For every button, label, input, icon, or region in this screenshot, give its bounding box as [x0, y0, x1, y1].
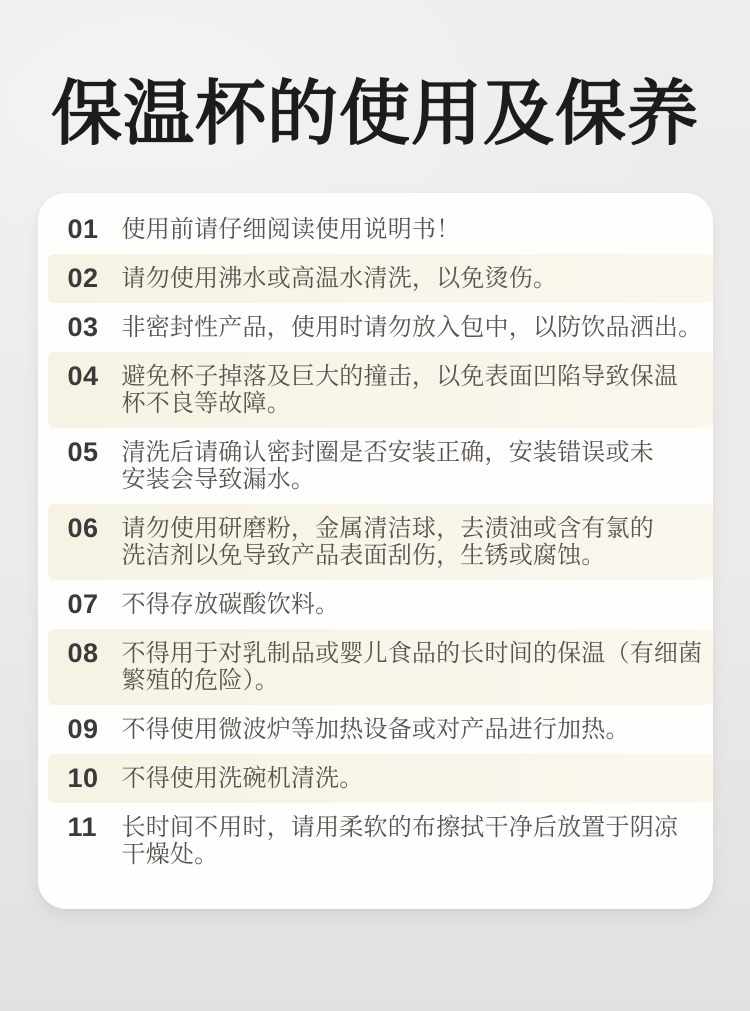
item-text: 非密封性产品，使用时请勿放入包中，以防饮品洒出。: [122, 314, 703, 341]
item-text: 避免杯子掉落及巨大的撞击，以免表面凹陷导致保温 杯不良等故障。: [122, 363, 703, 417]
item-text: 请勿使用研磨粉，金属清洁球，去渍油或含有氯的 洗洁剂以免导致产品表面刮伤，生锈或…: [122, 515, 703, 569]
item-text: 不得使用微波炉等加热设备或对产品进行加热。: [122, 716, 703, 743]
item-number: 02: [68, 265, 106, 292]
care-list-item: 11 长时间不用时，请用柔软的布擦拭干净后放置于阴凉 干燥处。: [68, 803, 703, 879]
care-card: 01 使用前请仔细阅读使用说明书！ 02 请勿使用沸水或高温水清洗，以免烫伤。 …: [38, 193, 713, 909]
item-number: 06: [68, 515, 106, 542]
item-number: 05: [68, 439, 106, 466]
care-list-item: 04 避免杯子掉落及巨大的撞击，以免表面凹陷导致保温 杯不良等故障。: [48, 352, 713, 428]
page-title: 保温杯的使用及保养: [0, 72, 750, 157]
item-number: 08: [68, 640, 106, 667]
item-text: 请勿使用沸水或高温水清洗，以免烫伤。: [122, 265, 703, 292]
item-text: 长时间不用时，请用柔软的布擦拭干净后放置于阴凉 干燥处。: [122, 814, 703, 868]
care-list-item: 10 不得使用洗碗机清洗。: [48, 754, 713, 803]
care-list-item: 03 非密封性产品，使用时请勿放入包中，以防饮品洒出。: [68, 303, 703, 352]
care-list-item: 08 不得用于对乳制品或婴儿食品的长时间的保温（有细菌 繁殖的危险）。: [48, 629, 713, 705]
care-list-item: 07 不得存放碳酸饮料。: [68, 580, 703, 629]
care-list-item: 06 请勿使用研磨粉，金属清洁球，去渍油或含有氯的 洗洁剂以免导致产品表面刮伤，…: [48, 504, 713, 580]
care-list-item: 05 清洗后请确认密封圈是否安装正确，安装错误或未 安装会导致漏水。: [68, 428, 703, 504]
item-number: 07: [68, 591, 106, 618]
item-text: 清洗后请确认密封圈是否安装正确，安装错误或未 安装会导致漏水。: [122, 439, 703, 493]
item-text: 不得使用洗碗机清洗。: [122, 765, 703, 792]
item-number: 03: [68, 314, 106, 341]
care-list: 01 使用前请仔细阅读使用说明书！ 02 请勿使用沸水或高温水清洗，以免烫伤。 …: [68, 205, 703, 879]
care-list-item: 01 使用前请仔细阅读使用说明书！: [68, 205, 703, 254]
poster-page: { "page": { "title": "保温杯的使用及保养" }, "col…: [0, 0, 750, 1011]
item-number: 04: [68, 363, 106, 390]
care-list-item: 02 请勿使用沸水或高温水清洗，以免烫伤。: [48, 254, 713, 303]
item-number: 11: [68, 814, 106, 841]
care-list-item: 09 不得使用微波炉等加热设备或对产品进行加热。: [68, 705, 703, 754]
item-text: 不得存放碳酸饮料。: [122, 591, 703, 618]
item-text: 不得用于对乳制品或婴儿食品的长时间的保温（有细菌 繁殖的危险）。: [122, 640, 703, 694]
item-number: 01: [68, 216, 106, 243]
item-text: 使用前请仔细阅读使用说明书！: [122, 216, 703, 243]
item-number: 10: [68, 765, 106, 792]
item-number: 09: [68, 716, 106, 743]
